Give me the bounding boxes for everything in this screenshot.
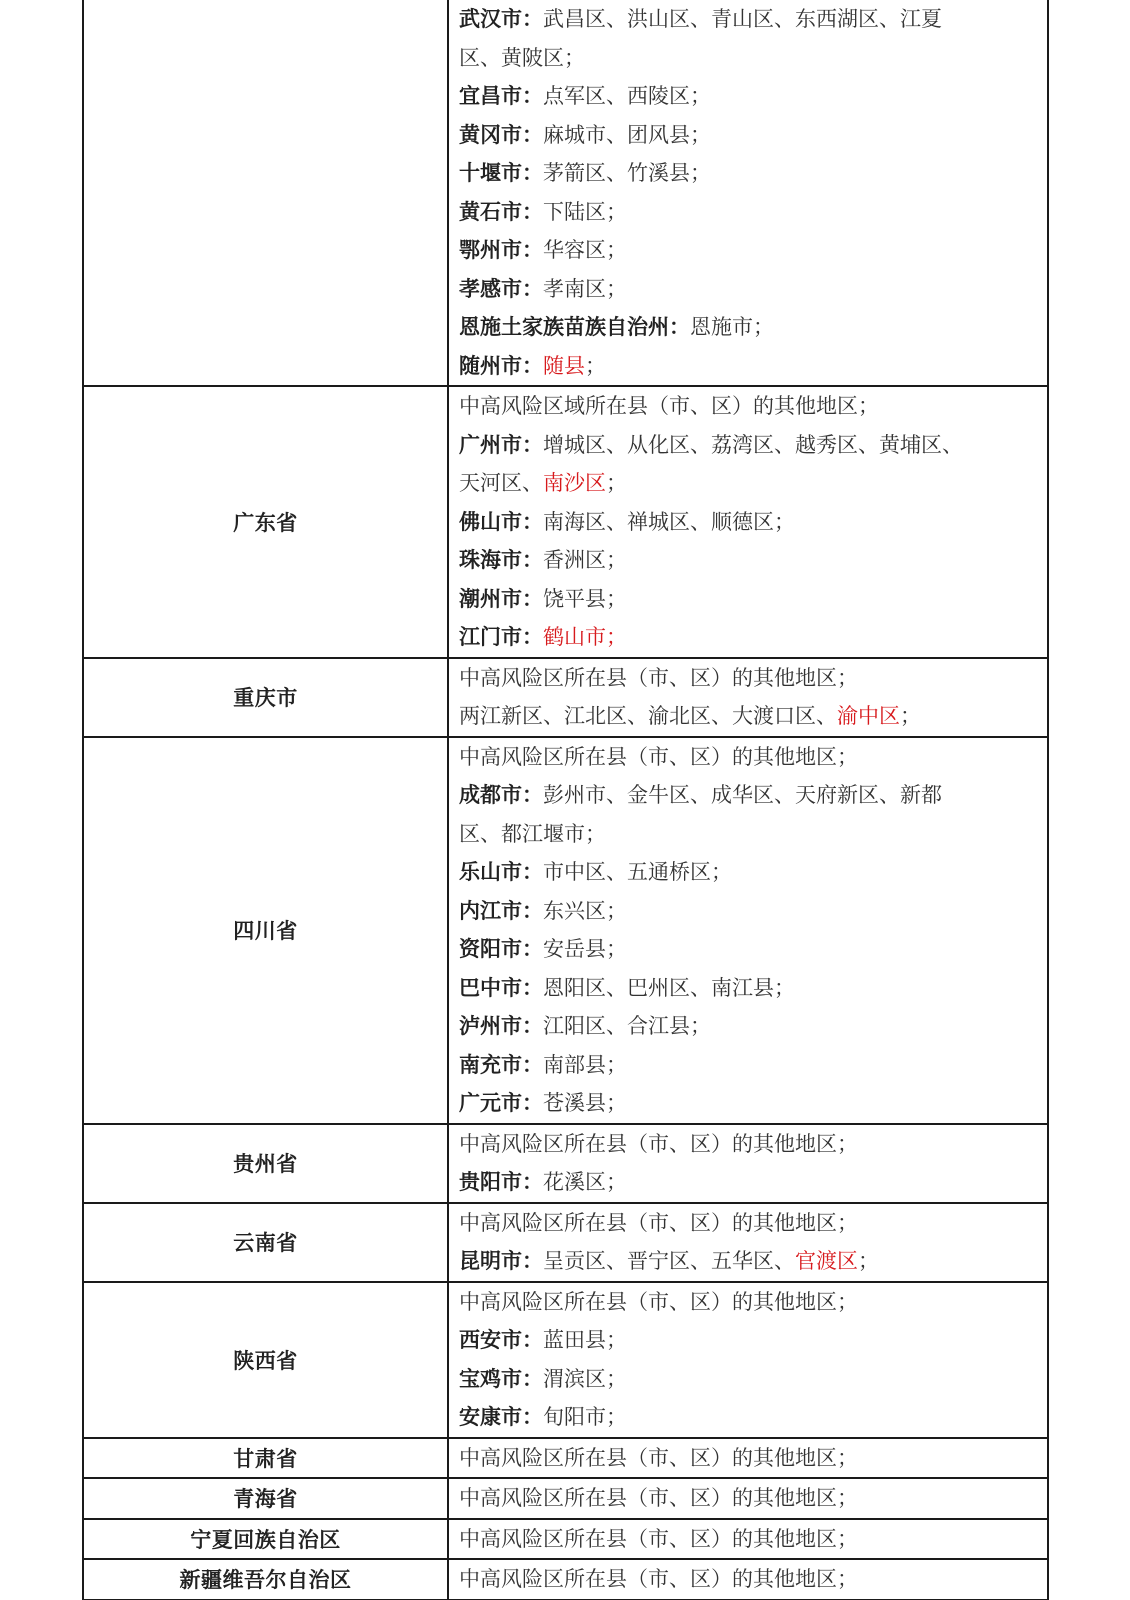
city-label: 佛山市： xyxy=(459,510,543,534)
area-line: 黄冈市：麻城市、团风县； xyxy=(459,116,1037,155)
city-label: 孝感市： xyxy=(459,277,543,301)
city-label: 西安市： xyxy=(459,1328,543,1352)
area-list-cell: 中高风险区域所在县（市、区）的其他地区；广州市：增城区、从化区、荔湾区、越秀区、… xyxy=(448,386,1048,658)
province-cell: 重庆市 xyxy=(83,658,448,737)
area-line: 宜昌市：点军区、西陵区； xyxy=(459,77,1037,116)
city-label: 黄冈市： xyxy=(459,123,543,147)
highlighted-area: 南沙区 xyxy=(543,471,606,495)
city-label: 恩施土家族苗族自治州： xyxy=(459,315,690,339)
area-text: 中高风险区所在县（市、区）的其他地区； xyxy=(459,1486,858,1510)
city-label: 成都市： xyxy=(459,783,543,807)
highlighted-area: 官渡区 xyxy=(795,1249,858,1273)
city-label: 十堰市： xyxy=(459,161,543,185)
city-label: 宝鸡市： xyxy=(459,1367,543,1391)
area-line: 昆明市：呈贡区、晋宁区、五华区、官渡区； xyxy=(459,1242,1037,1281)
area-line: 中高风险区所在县（市、区）的其他地区； xyxy=(459,738,1037,777)
area-text: ； xyxy=(858,1249,879,1273)
area-line: 中高风险区所在县（市、区）的其他地区； xyxy=(459,1283,1037,1322)
area-line: 区、黄陂区； xyxy=(459,39,1037,78)
area-line: 鄂州市：华容区； xyxy=(459,231,1037,270)
city-label: 巴中市： xyxy=(459,976,543,1000)
table-row: 武汉市：武昌区、洪山区、青山区、东西湖区、江夏区、黄陂区；宜昌市：点军区、西陵区… xyxy=(83,0,1048,386)
area-text: 中高风险区所在县（市、区）的其他地区； xyxy=(459,1211,858,1235)
area-line: 乐山市：市中区、五通桥区； xyxy=(459,853,1037,892)
area-list-cell: 中高风险区所在县（市、区）的其他地区； xyxy=(448,1559,1048,1600)
area-text: 苍溪县； xyxy=(543,1091,627,1115)
area-list-cell: 中高风险区所在县（市、区）的其他地区；两江新区、江北区、渝北区、大渡口区、渝中区… xyxy=(448,658,1048,737)
province-cell: 新疆维吾尔自治区 xyxy=(83,1559,448,1600)
area-text: 中高风险区所在县（市、区）的其他地区； xyxy=(459,745,858,769)
area-line: 中高风险区所在县（市、区）的其他地区； xyxy=(459,1479,1037,1518)
city-label: 资阳市： xyxy=(459,937,543,961)
area-text: 区、黄陂区； xyxy=(459,46,585,70)
area-list-cell: 中高风险区所在县（市、区）的其他地区；成都市：彭州市、金牛区、成华区、天府新区、… xyxy=(448,737,1048,1124)
area-line: 佛山市：南海区、禅城区、顺德区； xyxy=(459,503,1037,542)
province-cell: 云南省 xyxy=(83,1203,448,1282)
area-line: 黄石市：下陆区； xyxy=(459,193,1037,232)
city-label: 鄂州市： xyxy=(459,238,543,262)
area-text: 花溪区； xyxy=(543,1170,627,1194)
province-cell: 广东省 xyxy=(83,386,448,658)
area-text: ； xyxy=(606,471,627,495)
area-list-cell: 中高风险区所在县（市、区）的其他地区；贵阳市：花溪区； xyxy=(448,1124,1048,1203)
table-body: 武汉市：武昌区、洪山区、青山区、东西湖区、江夏区、黄陂区；宜昌市：点军区、西陵区… xyxy=(83,0,1048,1600)
province-cell: 宁夏回族自治区 xyxy=(83,1519,448,1560)
area-text: 旬阳市； xyxy=(543,1405,627,1429)
area-line: 南充市：南部县； xyxy=(459,1046,1037,1085)
area-text: 饶平县； xyxy=(543,587,627,611)
area-list-cell: 中高风险区所在县（市、区）的其他地区；西安市：蓝田县；宝鸡市：渭滨区；安康市：旬… xyxy=(448,1282,1048,1438)
area-text: 市中区、五通桥区； xyxy=(543,860,732,884)
area-text: 孝南区； xyxy=(543,277,627,301)
area-text: 中高风险区所在县（市、区）的其他地区； xyxy=(459,666,858,690)
area-list-cell: 武汉市：武昌区、洪山区、青山区、东西湖区、江夏区、黄陂区；宜昌市：点军区、西陵区… xyxy=(448,0,1048,386)
area-text: 中高风险区所在县（市、区）的其他地区； xyxy=(459,1290,858,1314)
area-text: 恩施市； xyxy=(690,315,774,339)
area-line: 两江新区、江北区、渝北区、大渡口区、渝中区； xyxy=(459,697,1037,736)
area-text: 下陆区； xyxy=(543,200,627,224)
city-label: 武汉市： xyxy=(459,7,543,31)
area-line: 中高风险区所在县（市、区）的其他地区； xyxy=(459,1560,1037,1599)
area-line: 广州市：增城区、从化区、荔湾区、越秀区、黄埔区、 xyxy=(459,426,1037,465)
area-line: 内江市：东兴区； xyxy=(459,892,1037,931)
risk-area-table-container: 武汉市：武昌区、洪山区、青山区、东西湖区、江夏区、黄陂区；宜昌市：点军区、西陵区… xyxy=(82,0,1047,1600)
table-row: 四川省中高风险区所在县（市、区）的其他地区；成都市：彭州市、金牛区、成华区、天府… xyxy=(83,737,1048,1124)
city-label: 广州市： xyxy=(459,433,543,457)
area-line: 中高风险区所在县（市、区）的其他地区； xyxy=(459,1125,1037,1164)
area-list-cell: 中高风险区所在县（市、区）的其他地区；昆明市：呈贡区、晋宁区、五华区、官渡区； xyxy=(448,1203,1048,1282)
area-line: 巴中市：恩阳区、巴州区、南江县； xyxy=(459,969,1037,1008)
area-line: 武汉市：武昌区、洪山区、青山区、东西湖区、江夏 xyxy=(459,0,1037,39)
city-label: 内江市： xyxy=(459,899,543,923)
area-text: 华容区； xyxy=(543,238,627,262)
area-line: 泸州市：江阳区、合江县； xyxy=(459,1007,1037,1046)
area-text: 天河区、 xyxy=(459,471,543,495)
area-line: 中高风险区所在县（市、区）的其他地区； xyxy=(459,1439,1037,1478)
city-label: 安康市： xyxy=(459,1405,543,1429)
area-line: 中高风险区域所在县（市、区）的其他地区； xyxy=(459,387,1037,426)
area-text: 江阳区、合江县； xyxy=(543,1014,711,1038)
area-line: 中高风险区所在县（市、区）的其他地区； xyxy=(459,1204,1037,1243)
province-cell: 青海省 xyxy=(83,1478,448,1519)
area-text: 蓝田县； xyxy=(543,1328,627,1352)
area-text: 中高风险区域所在县（市、区）的其他地区； xyxy=(459,394,879,418)
area-line: 天河区、南沙区； xyxy=(459,464,1037,503)
area-text: 茅箭区、竹溪县； xyxy=(543,161,711,185)
province-cell: 贵州省 xyxy=(83,1124,448,1203)
area-text: 南部县； xyxy=(543,1053,627,1077)
table-row: 广东省中高风险区域所在县（市、区）的其他地区；广州市：增城区、从化区、荔湾区、越… xyxy=(83,386,1048,658)
highlighted-area: 鹤山市； xyxy=(543,625,627,649)
area-text: 武昌区、洪山区、青山区、东西湖区、江夏 xyxy=(543,7,942,31)
area-text: 区、都江堰市； xyxy=(459,822,606,846)
city-label: 泸州市： xyxy=(459,1014,543,1038)
table-row: 青海省中高风险区所在县（市、区）的其他地区； xyxy=(83,1478,1048,1519)
province-cell xyxy=(83,0,448,386)
area-line: 中高风险区所在县（市、区）的其他地区； xyxy=(459,659,1037,698)
area-text: 两江新区、江北区、渝北区、大渡口区、 xyxy=(459,704,837,728)
area-text: 东兴区； xyxy=(543,899,627,923)
area-line: 随州市：随县； xyxy=(459,347,1037,386)
area-line: 贵阳市：花溪区； xyxy=(459,1163,1037,1202)
area-line: 宝鸡市：渭滨区； xyxy=(459,1360,1037,1399)
area-list-cell: 中高风险区所在县（市、区）的其他地区； xyxy=(448,1519,1048,1560)
table-row: 贵州省中高风险区所在县（市、区）的其他地区；贵阳市：花溪区； xyxy=(83,1124,1048,1203)
area-text: 安岳县； xyxy=(543,937,627,961)
highlighted-area: 随县 xyxy=(543,354,585,378)
city-label: 潮州市： xyxy=(459,587,543,611)
area-text: 香洲区； xyxy=(543,548,627,572)
area-text: 恩阳区、巴州区、南江县； xyxy=(543,976,795,1000)
table-row: 重庆市中高风险区所在县（市、区）的其他地区；两江新区、江北区、渝北区、大渡口区、… xyxy=(83,658,1048,737)
city-label: 乐山市： xyxy=(459,860,543,884)
area-text: 增城区、从化区、荔湾区、越秀区、黄埔区、 xyxy=(543,433,963,457)
highlighted-area: 渝中区 xyxy=(837,704,900,728)
area-line: 广元市：苍溪县； xyxy=(459,1084,1037,1123)
city-label: 宜昌市： xyxy=(459,84,543,108)
province-cell: 甘肃省 xyxy=(83,1438,448,1479)
area-line: 资阳市：安岳县； xyxy=(459,930,1037,969)
area-text: 中高风险区所在县（市、区）的其他地区； xyxy=(459,1446,858,1470)
area-text: 中高风险区所在县（市、区）的其他地区； xyxy=(459,1132,858,1156)
area-text: 渭滨区； xyxy=(543,1367,627,1391)
city-label: 随州市： xyxy=(459,354,543,378)
table-row: 陕西省中高风险区所在县（市、区）的其他地区；西安市：蓝田县；宝鸡市：渭滨区；安康… xyxy=(83,1282,1048,1438)
risk-area-table: 武汉市：武昌区、洪山区、青山区、东西湖区、江夏区、黄陂区；宜昌市：点军区、西陵区… xyxy=(82,0,1049,1600)
area-line: 安康市：旬阳市； xyxy=(459,1398,1037,1437)
area-text: 点军区、西陵区； xyxy=(543,84,711,108)
area-line: 孝感市：孝南区； xyxy=(459,270,1037,309)
area-text: 中高风险区所在县（市、区）的其他地区； xyxy=(459,1567,858,1591)
area-list-cell: 中高风险区所在县（市、区）的其他地区； xyxy=(448,1438,1048,1479)
area-text: 中高风险区所在县（市、区）的其他地区； xyxy=(459,1527,858,1551)
area-text: ； xyxy=(900,704,921,728)
area-text: 彭州市、金牛区、成华区、天府新区、新都 xyxy=(543,783,942,807)
province-cell: 陕西省 xyxy=(83,1282,448,1438)
area-line: 中高风险区所在县（市、区）的其他地区； xyxy=(459,1520,1037,1559)
city-label: 广元市： xyxy=(459,1091,543,1115)
area-text: 南海区、禅城区、顺德区； xyxy=(543,510,795,534)
city-label: 珠海市： xyxy=(459,548,543,572)
table-row: 云南省中高风险区所在县（市、区）的其他地区；昆明市：呈贡区、晋宁区、五华区、官渡… xyxy=(83,1203,1048,1282)
area-line: 西安市：蓝田县； xyxy=(459,1321,1037,1360)
area-line: 十堰市：茅箭区、竹溪县； xyxy=(459,154,1037,193)
area-line: 潮州市：饶平县； xyxy=(459,580,1037,619)
area-text: 呈贡区、晋宁区、五华区、 xyxy=(543,1249,795,1273)
area-text: ； xyxy=(585,354,606,378)
area-line: 区、都江堰市； xyxy=(459,815,1037,854)
city-label: 昆明市： xyxy=(459,1249,543,1273)
city-label: 江门市： xyxy=(459,625,543,649)
area-line: 江门市：鹤山市； xyxy=(459,618,1037,657)
area-line: 成都市：彭州市、金牛区、成华区、天府新区、新都 xyxy=(459,776,1037,815)
city-label: 贵阳市： xyxy=(459,1170,543,1194)
city-label: 南充市： xyxy=(459,1053,543,1077)
area-list-cell: 中高风险区所在县（市、区）的其他地区； xyxy=(448,1478,1048,1519)
area-line: 恩施土家族苗族自治州：恩施市； xyxy=(459,308,1037,347)
city-label: 黄石市： xyxy=(459,200,543,224)
area-line: 珠海市：香洲区； xyxy=(459,541,1037,580)
table-row: 宁夏回族自治区中高风险区所在县（市、区）的其他地区； xyxy=(83,1519,1048,1560)
table-row: 新疆维吾尔自治区中高风险区所在县（市、区）的其他地区； xyxy=(83,1559,1048,1600)
table-row: 甘肃省中高风险区所在县（市、区）的其他地区； xyxy=(83,1438,1048,1479)
province-cell: 四川省 xyxy=(83,737,448,1124)
area-text: 麻城市、团风县； xyxy=(543,123,711,147)
